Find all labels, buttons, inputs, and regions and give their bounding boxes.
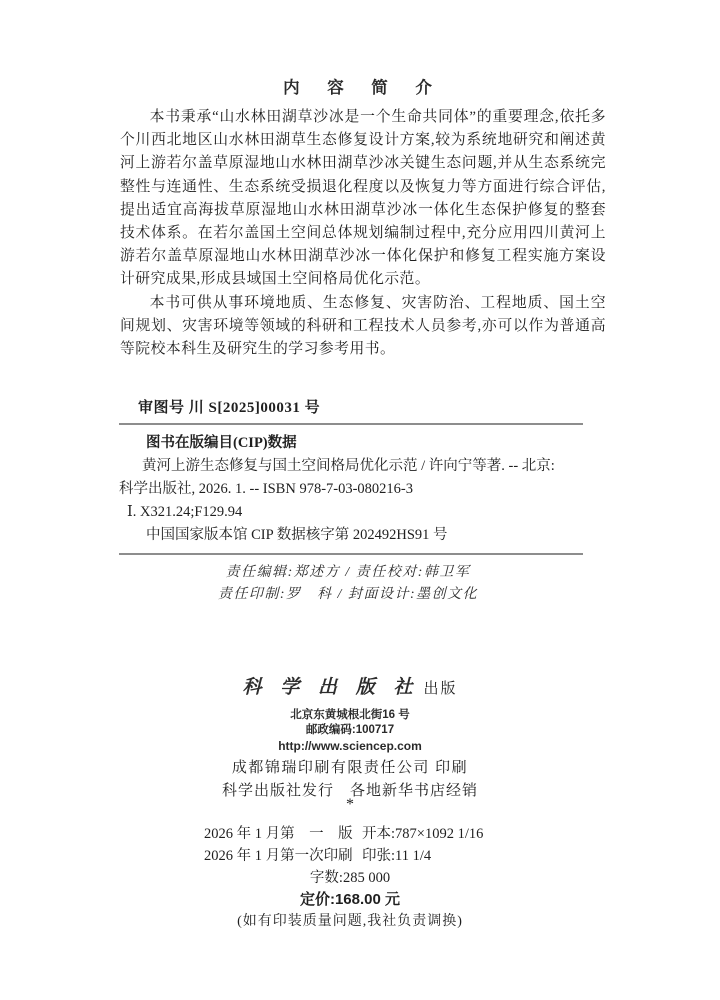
publisher-postcode: 邮政编码:100717	[0, 723, 700, 737]
publisher-suffix: 出版	[424, 681, 458, 697]
summary-paragraph-1: 本书秉承“山水林田湖草沙冰是一个生命共同体”的重要理念,依托多个川西北地区山水林…	[120, 106, 606, 292]
cip-title-author: 黄河上游生态修复与国土空间格局优化示范 / 许向宁等著. -- 北京:	[142, 455, 611, 478]
map-approval-number: 审图号 川 S[2025]00031 号	[138, 396, 320, 417]
edition-specs: 2026 年 1 月第 一 版 开本:787×1092 1/16 2026 年 …	[204, 823, 504, 867]
edition-row: 2026 年 1 月第 一 版 开本:787×1092 1/16	[204, 823, 504, 845]
quality-notice: (如有印装质量问题,我社负责调换)	[0, 910, 700, 930]
cip-publisher-isbn: 科学出版社, 2026. 1. -- ISBN 978-7-03-080216-…	[119, 478, 611, 501]
publisher-address: 北京东黄城根北街16 号	[0, 708, 700, 722]
publisher-block: 科 学 出 版 社 出版 北京东黄城根北街16 号 邮政编码:100717 ht…	[0, 676, 700, 753]
asterisk-separator: *	[0, 796, 700, 814]
publisher-name-line: 科 学 出 版 社 出版	[0, 676, 700, 701]
credit-printing-coverdesign: 责任印制:罗 科 / 封面设计:墨创文化	[0, 584, 696, 606]
summary-paragraph-2: 本书可供从事环境地质、生态修复、灾害防治、工程地质、国土空间规划、灾害环境等领域…	[120, 292, 606, 362]
cip-header: 图书在版编目(CIP)数据	[146, 432, 611, 455]
word-count: 字数:285 000	[0, 866, 700, 887]
edition-format: 开本:787×1092 1/16	[362, 823, 483, 845]
edition-date: 2026 年 1 月第 一 版	[204, 823, 362, 845]
cip-classification: Ⅰ. X321.24;F129.94	[127, 501, 611, 524]
price: 定价:168.00 元	[0, 888, 700, 909]
content-summary-title: 内 容 简 介	[0, 74, 720, 98]
credit-editor-proofreader: 责任编辑:郑述方 / 责任校对:韩卫军	[0, 562, 696, 584]
copyright-page: 内 容 简 介 本书秉承“山水林田湖草沙冰是一个生命共同体”的重要理念,依托多个…	[0, 0, 720, 1000]
cip-record-number: 中国国家版本馆 CIP 数据核字第 202492HS91 号	[146, 524, 611, 547]
printing-row: 2026 年 1 月第一次印刷 印张:11 1/4	[204, 845, 504, 867]
printer-line: 成都锦瑞印刷有限责任公司 印刷	[0, 756, 700, 777]
cip-data-block: 图书在版编目(CIP)数据 黄河上游生态修复与国土空间格局优化示范 / 许向宁等…	[119, 432, 611, 547]
divider-top	[119, 423, 583, 425]
publisher-logotype: 科 学 出 版 社	[242, 677, 419, 698]
staff-credits: 责任编辑:郑述方 / 责任校对:韩卫军 责任印制:罗 科 / 封面设计:墨创文化	[0, 562, 696, 605]
printing-sheets: 印张:11 1/4	[362, 845, 431, 867]
content-summary-body: 本书秉承“山水林田湖草沙冰是一个生命共同体”的重要理念,依托多个川西北地区山水林…	[120, 106, 606, 361]
divider-bottom	[119, 553, 583, 555]
publisher-url: http://www.sciencep.com	[0, 739, 700, 753]
printing-date: 2026 年 1 月第一次印刷	[204, 845, 362, 867]
